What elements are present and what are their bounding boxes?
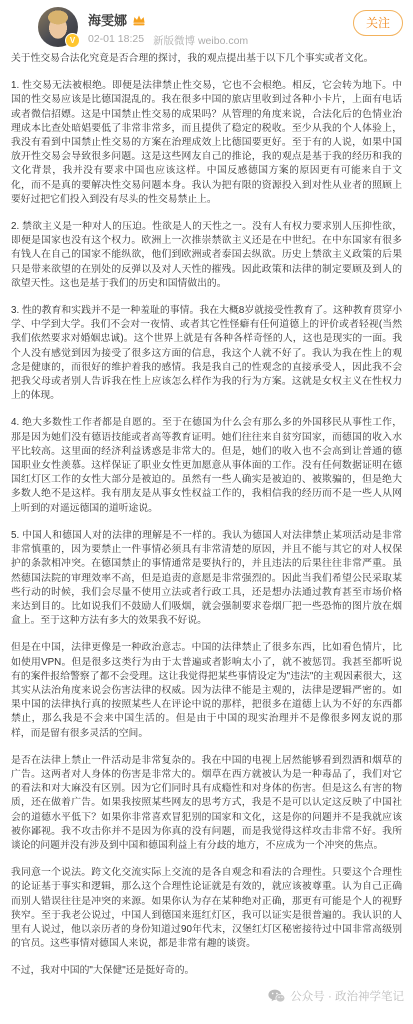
paragraph-tobacco-ads: 是否在法律上禁止一件活动是非常复杂的。我在中国的电视上居然能够看到烈酒和烟草的广…: [11, 754, 402, 853]
watermark-text: 公众号 · 政治神学笔记: [290, 988, 404, 1004]
paragraph-point-5: 5. 中国人和德国人对的法律的理解是不一样的。我认为德国人对法律禁止某项活动是非…: [11, 529, 402, 628]
follow-button[interactable]: 关注: [353, 10, 403, 36]
paragraph-point-3: 3. 性的教育和实践并不是一种羞耻的事情。我在大概8岁就接受性教育了。这种教育贯…: [11, 304, 402, 403]
watermark: 公众号 · 政治神学笔记: [268, 988, 404, 1004]
timestamp: 02-01 18:25: [88, 33, 144, 48]
source-link[interactable]: 新版微博 weibo.com: [153, 33, 248, 48]
verified-badge-icon: V: [65, 33, 80, 48]
post-header: V 海雯娜 02-01 18:25 新版微博 weibo.com 关注: [0, 0, 413, 50]
paragraph-intro: 关于性交易合法化究竟是否合理的探讨，我的观点提出基于以下几个事实或者文化。: [11, 52, 402, 66]
wechat-icon: [268, 989, 285, 1003]
paragraph-china-law: 但是在中国，法律更像是一种政治意志。中国的法律禁止了很多东西，比如看色情片，比如…: [11, 641, 402, 740]
avatar[interactable]: V: [38, 7, 78, 47]
paragraph-closing: 不过，我对中国的"大保健"还是挺好奇的。: [11, 964, 402, 978]
paragraph-point-1: 1. 性交易无法被根绝。即便是法律禁止性交易，它也不会根绝。相反，它会转为地下。…: [11, 79, 402, 207]
weibo-post-card: V 海雯娜 02-01 18:25 新版微博 weibo.com 关注 关于性交…: [0, 0, 413, 979]
paragraph-point-4: 4. 绝大多数性工作者都是自愿的。至于在德国为什么会有那么多的外国移民从事性工作…: [11, 416, 402, 515]
post-meta: 02-01 18:25 新版微博 weibo.com: [88, 33, 403, 48]
paragraph-cross-culture: 我同意一个说法。跨文化交流实际上交流的是各自观念和看法的合理性。只要这个合理性的…: [11, 866, 402, 951]
username[interactable]: 海雯娜: [88, 10, 127, 29]
post-content: 关于性交易合法化究竟是否合理的探讨，我的观点提出基于以下几个事实或者文化。 1.…: [0, 50, 413, 979]
paragraph-point-2: 2. 禁欲主义是一种对人的压迫。性欲是人的天性之一。没有人有权力要求别人压抑性欲…: [11, 220, 402, 291]
vip-crown-icon: [132, 14, 146, 26]
